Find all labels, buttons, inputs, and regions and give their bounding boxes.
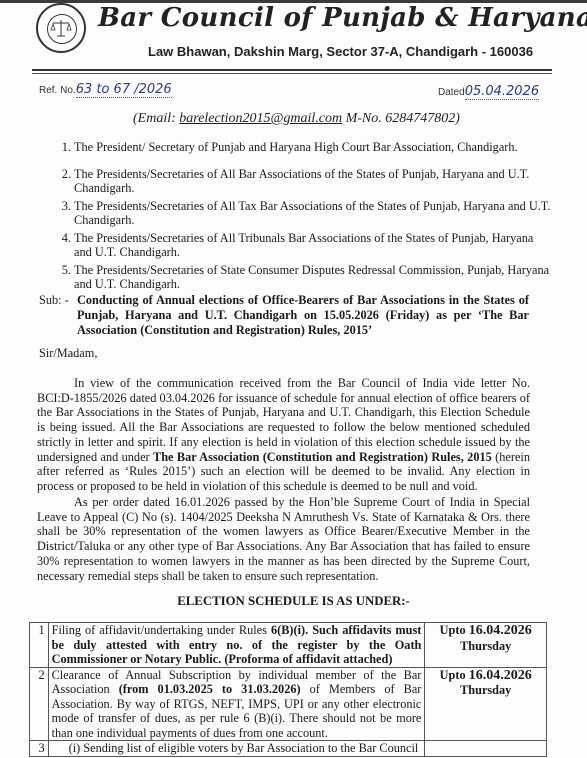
letterhead-rule [32, 69, 552, 71]
paragraph-supreme-court-order: As per order dated 16.01.2026 passed by … [37, 495, 530, 583]
dated-value: 05.04.2026 [465, 84, 539, 100]
bar-council-seal-logo [36, 3, 86, 53]
reference-number: Ref. No.63 to 67 /2026 [39, 82, 172, 97]
recipient-item: The President/ Secretary of Punjab and H… [74, 140, 552, 155]
deadline-day: Thursday [460, 639, 511, 653]
row-deadline: Upto 16.04.2026Thursday [425, 667, 547, 741]
desc-text: (i) Sending list of eligible voters by B… [69, 741, 419, 755]
email-label: (Email: [133, 111, 179, 126]
recipient-list: The President/ Secretary of Punjab and H… [52, 140, 552, 295]
email-link[interactable]: barelection2015@gmail.com [179, 111, 342, 126]
ref-label: Ref. No. [39, 85, 76, 96]
deadline-prefix: Upto [440, 623, 469, 637]
row-number: 3 [30, 741, 49, 757]
schedule-heading: ELECTION SCHEDULE IS AS UNDER:- [0, 594, 587, 609]
table-row: 2 Clearance of Annual Subscription by in… [30, 667, 547, 741]
subject-block: Sub: - Conducting of Annual elections of… [39, 293, 529, 338]
deadline-date: 16.04.2026 [469, 623, 532, 638]
table-row: 1 Filing of affidavit/undertaking under … [30, 623, 547, 668]
deadline-prefix: Upto [440, 668, 469, 682]
letterhead-title: Bar Council of Punjab & Haryana [98, 3, 587, 33]
recipient-item: The Presidents/Secretaries of All Tax Ba… [74, 199, 552, 228]
election-schedule-table: 1 Filing of affidavit/undertaking under … [29, 622, 547, 757]
deadline-day: Thursday [460, 683, 511, 697]
date-field: Dated05.04.2026 [438, 84, 539, 99]
letterhead-rule-thin [32, 73, 552, 74]
paragraph-bci-communication: In view of the communication received fr… [37, 376, 530, 494]
row-number: 2 [30, 667, 49, 741]
deadline-date: 16.04.2026 [469, 668, 532, 683]
recipient-item: The Presidents/Secretaries of All Bar As… [74, 167, 552, 196]
mobile-number: M-No. 6284747802) [342, 111, 460, 126]
table-row: 3 (i) Sending list of eligible voters by… [30, 741, 547, 757]
paragraph2-text: As per order dated 16.01.2026 passed by … [37, 495, 530, 583]
row-description: Clearance of Annual Subscription by indi… [48, 667, 425, 741]
scales-of-justice-icon [38, 5, 84, 51]
paragraph1-bold-rules: The Bar Association (Constitution and Re… [153, 450, 492, 464]
salutation: Sir/Madam, [39, 346, 97, 361]
subject-label: Sub: - [39, 293, 69, 308]
recipient-item: The Presidents/Secretaries of State Cons… [74, 263, 552, 292]
row-deadline [425, 741, 547, 757]
recipient-item: The Presidents/Secretaries of All Tribun… [74, 231, 552, 260]
row-description: (i) Sending list of eligible voters by B… [48, 741, 425, 757]
letterhead-address: Law Bhawan, Dakshin Marg, Sector 37-A, C… [148, 44, 533, 59]
row-description: Filing of affidavit/undertaking under Ru… [48, 623, 425, 668]
row-number: 1 [30, 623, 49, 668]
desc-text: Filing of affidavit/undertaking under Ru… [52, 623, 271, 637]
ref-value: 63 to 67 /2026 [76, 82, 172, 98]
contact-line: (Email: barelection2015@gmail.com M-No. … [133, 111, 460, 127]
subject-text: Conducting of Annual elections of Office… [77, 293, 529, 338]
desc-bold-text: (from 01.03.2025 to 31.03.2026) [119, 682, 301, 696]
dated-label: Dated [438, 87, 465, 98]
row-deadline: Upto 16.04.2026Thursday [425, 623, 547, 668]
